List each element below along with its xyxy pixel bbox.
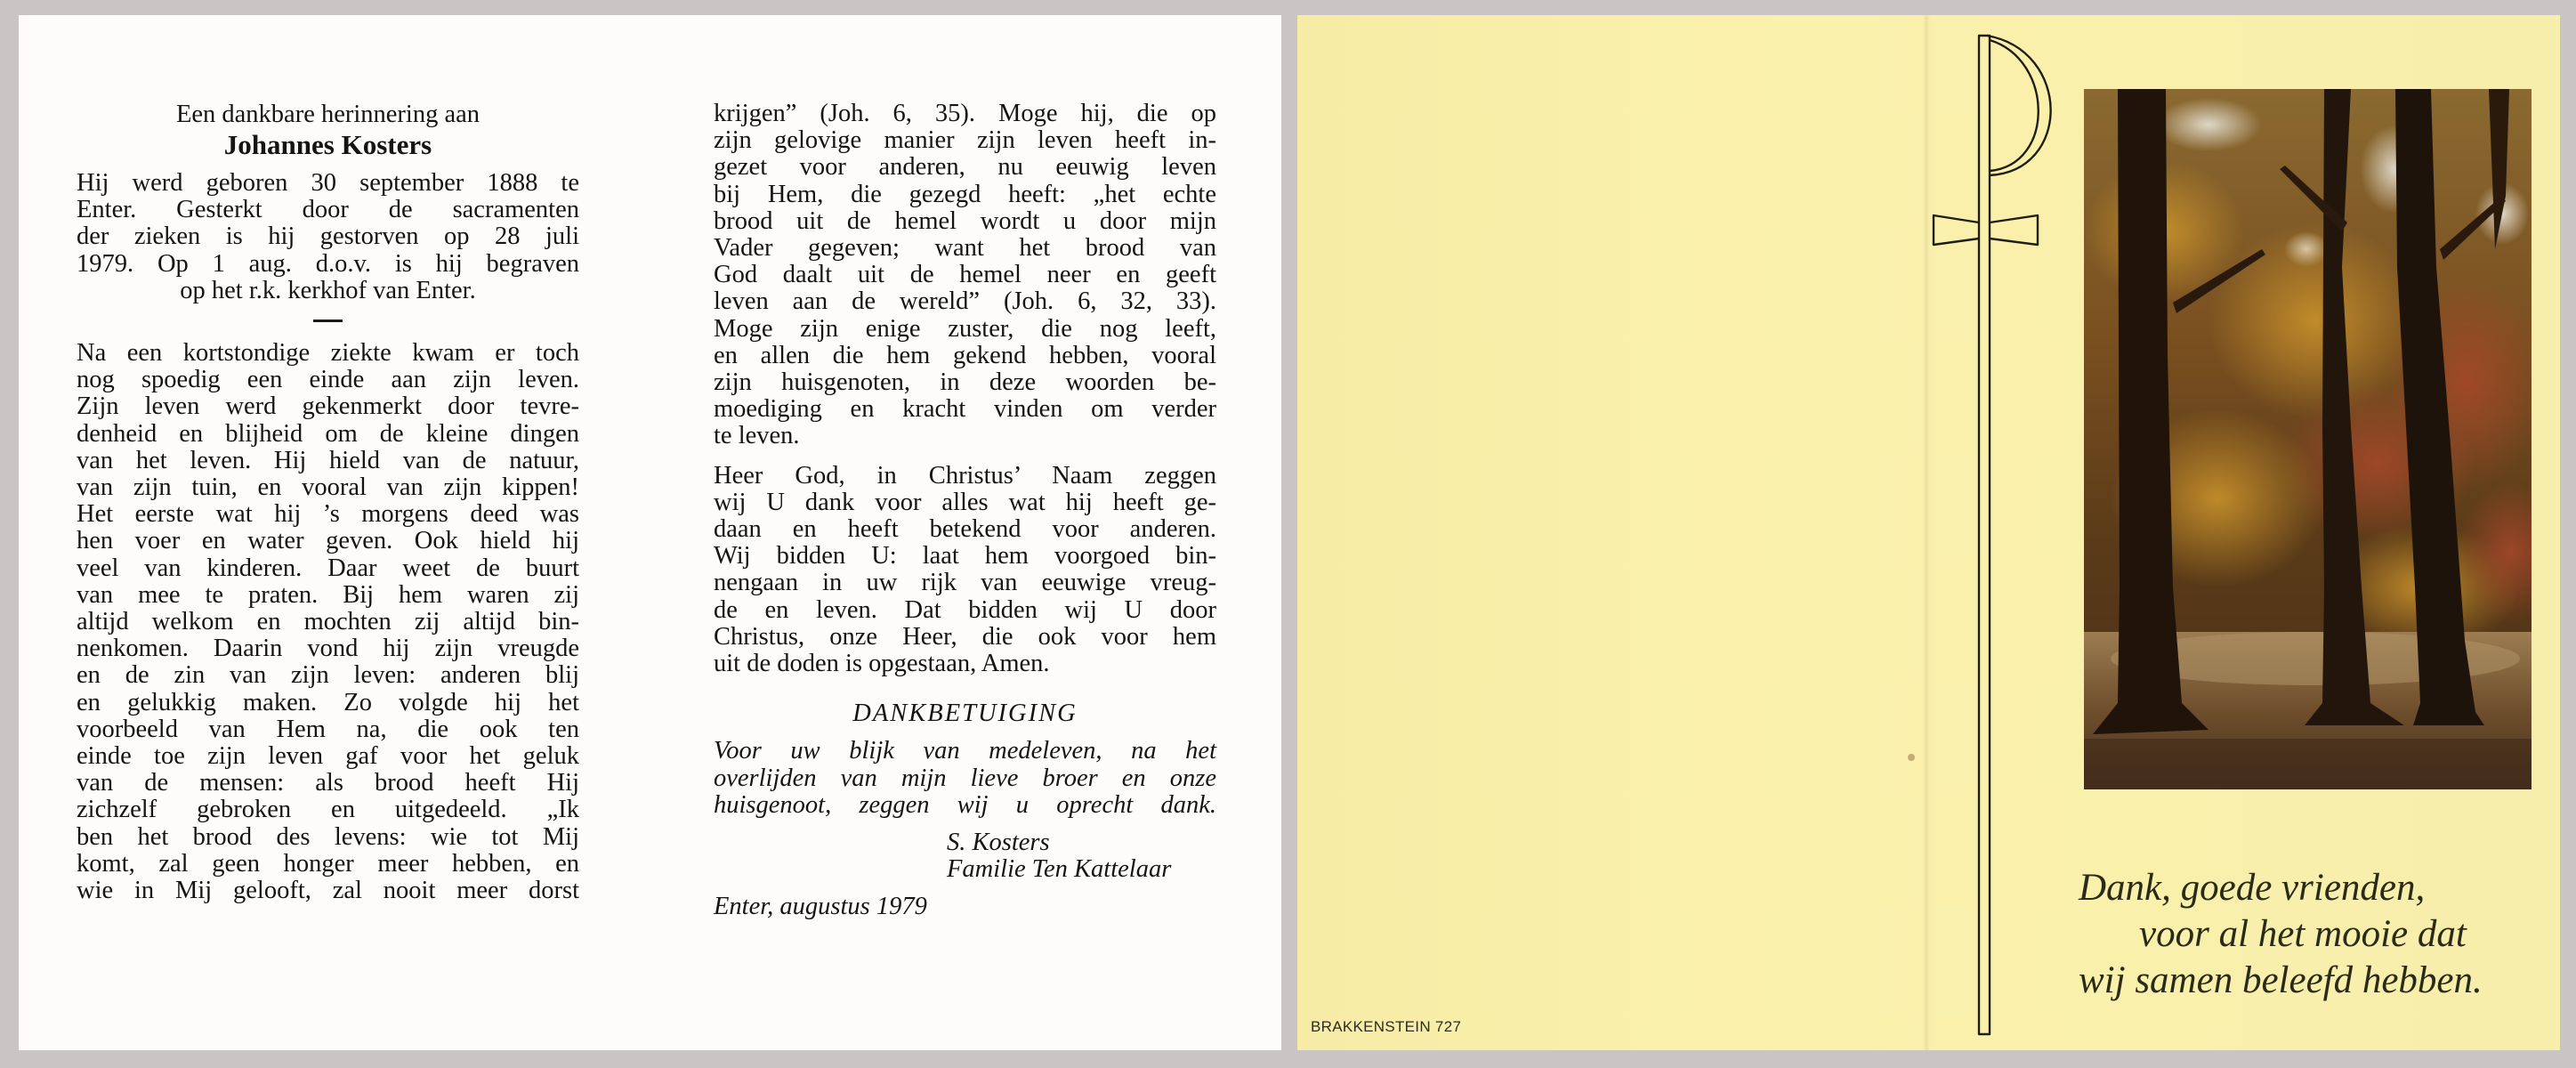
text-line: gezet voor anderen, nu eeuwig leven	[714, 154, 1216, 181]
text-line: Na een kortstondige ziekte kwam er toch	[77, 340, 579, 367]
text-line: Moge zijn enige zuster, die nog leeft,	[714, 316, 1216, 343]
text-line: Christus, onze Heer, die ook voor hem	[714, 624, 1216, 651]
text-line: Het eerste wat hij ’s morgens deed was	[77, 501, 579, 528]
text-line: huisgenoot, zeggen wij u oprecht dank.	[714, 792, 1216, 819]
text-line: 1979. Op 1 aug. d.o.v. is hij begraven	[77, 251, 579, 278]
text-line: daan en heeft betekend voor anderen.	[714, 516, 1216, 543]
cover-quote: Dank, goede vrienden, voor al het mooie …	[2079, 865, 2483, 1004]
text-line: der zieken is hij gestorven op 28 juli	[77, 223, 579, 250]
intro-paragraph: Hij werd geboren 30 september 1888 teEnt…	[77, 170, 579, 304]
signature-2: Familie Ten Kattelaar	[714, 856, 1216, 883]
text-line: altijd welkom en mochten zij altijd bin-	[77, 609, 579, 635]
text-line: Wij bidden U: laat hem voorgoed bin-	[714, 543, 1216, 570]
text-line: en allen die hem gekend hebben, vooral	[714, 343, 1216, 369]
text-line: ben het brood des levens: wie tot Mij	[77, 824, 579, 851]
separator-dash	[77, 304, 579, 340]
text-line: denheid en blijheid om de kleine dingen	[77, 421, 579, 448]
text-line: Enter. Gesterkt door de sacramenten	[77, 197, 579, 223]
prayer-paragraph-1: krijgen” (Joh. 6, 35). Moge hij, die opz…	[714, 101, 1216, 450]
publisher-imprint: BRAKKENSTEIN 727	[1311, 1018, 1461, 1036]
text-column-right: krijgen” (Joh. 6, 35). Moge hij, die opz…	[714, 101, 1216, 921]
text-line: en gelukkig maken. Zo volgde hij het	[77, 690, 579, 716]
text-line: nog spoedig een einde aan zijn leven.	[77, 367, 579, 393]
deceased-name: Johannes Kosters	[77, 129, 579, 161]
quote-line-2: voor al het mooie dat	[2079, 911, 2483, 958]
text-line: wie in Mij gelooft, zal nooit meer dorst	[77, 878, 579, 904]
memorial-heading: Een dankbare herinnering aan	[77, 101, 579, 129]
biography-paragraph: Na een kortstondige ziekte kwam er tochn…	[77, 340, 579, 904]
text-line: wij U dank voor alles wat hij heeft ge-	[714, 489, 1216, 516]
text-column-left: Een dankbare herinnering aan Johannes Ko…	[77, 101, 579, 904]
text-line: overlijden van mijn lieve broer en onze	[714, 765, 1216, 792]
text-line: zichzelf gebroken en uitgedeeld. „Ik	[77, 797, 579, 823]
text-line: moediging en kracht vinden om verder	[714, 396, 1216, 423]
text-line: brood uit de hemel wordt u door mijn	[714, 208, 1216, 235]
memorial-card-inside: Een dankbare herinnering aan Johannes Ko…	[19, 15, 1281, 1050]
text-line: zijn huisgenoten, in deze woorden be-	[714, 369, 1216, 396]
text-line: bij Hem, die gezegd heeft: „het echte	[714, 182, 1216, 208]
text-line: veel van kinderen. Daar weet de buurt	[77, 555, 579, 582]
prayer-paragraph-2: Heer God, in Christus’ Naam zeggenwij U …	[714, 463, 1216, 678]
text-line: nenkomen. Daarin vond hij zijn vreugde	[77, 635, 579, 662]
text-line: zijn gelovige manier zijn leven heeft in…	[714, 127, 1216, 154]
text-line: op het r.k. kerkhof van Enter.	[77, 278, 579, 304]
memorial-card-cover: Dank, goede vrienden, voor al het mooie …	[1297, 15, 2560, 1050]
text-line: leven aan de wereld” (Joh. 6, 32, 33).	[714, 288, 1216, 315]
text-line: Heer God, in Christus’ Naam zeggen	[714, 463, 1216, 489]
text-line: Voor uw blijk van medeleven, na het	[714, 738, 1216, 765]
text-line: te leven.	[714, 423, 1216, 449]
text-line: nengaan in uw rijk van eeuwige vreug-	[714, 570, 1216, 596]
text-line: voorbeeld van Hem na, die ook ten	[77, 716, 579, 743]
quote-line-3: wij samen beleefd hebben.	[2079, 958, 2483, 1004]
text-line: Hij werd geboren 30 september 1888 te	[77, 170, 579, 197]
text-line: de en leven. Dat bidden wij U door	[714, 597, 1216, 624]
text-line: hen voer en water geven. Ook hield hij	[77, 528, 579, 554]
autumn-forest-photo	[2084, 89, 2532, 789]
text-line: Zijn leven werd gekenmerkt door tevre-	[77, 393, 579, 420]
text-line: uit de doden is opgestaan, Amen.	[714, 651, 1216, 677]
text-line: en de zin van zijn leven: anderen blij	[77, 662, 579, 689]
text-line: van het leven. Hij hield van de natuur,	[77, 448, 579, 474]
text-line: krijgen” (Joh. 6, 35). Moge hij, die op	[714, 101, 1216, 127]
thanks-paragraph: Voor uw blijk van medeleven, na hetoverl…	[714, 738, 1216, 819]
text-line: Vader gegeven; want het brood van	[714, 235, 1216, 262]
text-line: van zijn tuin, en vooral van zijn kippen…	[77, 474, 579, 501]
text-line: van de mensen: als brood heeft Hij	[77, 770, 579, 797]
text-line: van mee te praten. Bij hem waren zij	[77, 582, 579, 609]
place-date: Enter, augustus 1979	[714, 894, 1216, 920]
text-line: komt, zal geen honger meer hebben, en	[77, 851, 579, 878]
quote-line-1: Dank, goede vrienden,	[2079, 865, 2483, 911]
signature-1: S. Kosters	[714, 829, 1216, 856]
text-line: God daalt uit de hemel neer en geeft	[714, 262, 1216, 288]
thanks-title: DANKBETUIGING	[714, 700, 1216, 727]
text-line: einde toe zijn leven gaf voor het geluk	[77, 743, 579, 770]
